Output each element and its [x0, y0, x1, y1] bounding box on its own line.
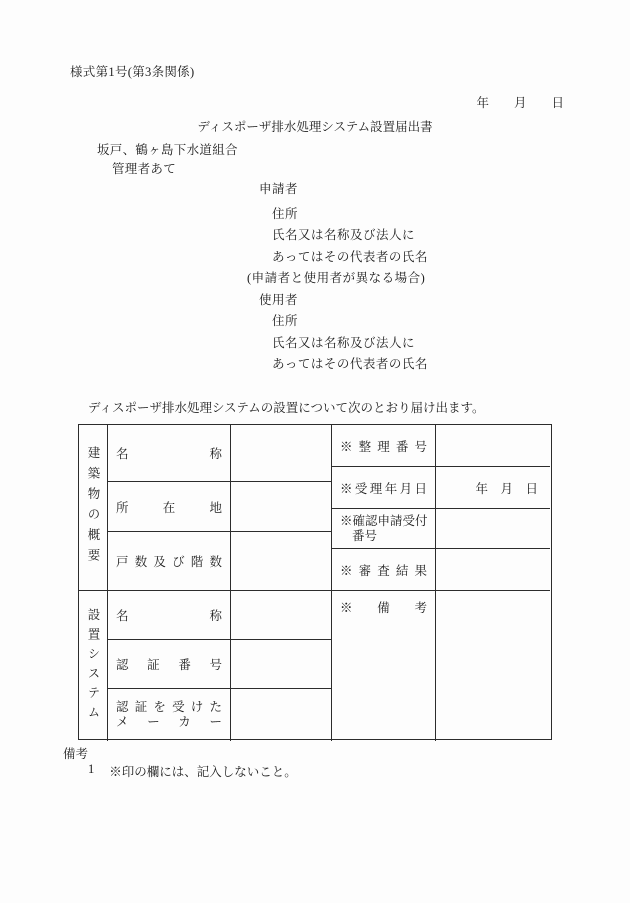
acceptance-date-label: ※受理年月日	[332, 467, 436, 509]
user-name-label-line1: 氏名又は名称及び法人に	[247, 333, 428, 355]
system-section-header: 設置システム	[79, 591, 108, 741]
units-and-floors-label: 戸数及び階数	[108, 532, 231, 591]
note-number: 1	[88, 762, 94, 780]
acceptance-date-value: 年 月 日	[436, 467, 550, 509]
reference-number-label: ※整理番号	[332, 425, 436, 467]
examination-result-label: ※審査結果	[332, 549, 436, 591]
remarks-value	[436, 591, 550, 741]
user-name-label-line2: あってはその代表者の氏名	[247, 354, 428, 376]
building-name-label: 名称	[108, 425, 231, 482]
addressee-organization: 坂戸、鶴ヶ島下水道組合	[97, 140, 238, 158]
declaration-sentence: ディスポーザ排水処理システムの設置について次のとおり届け出ます。	[88, 398, 485, 416]
building-location-label: 所在地	[108, 482, 231, 532]
note-text: ※印の欄には、記入しないこと。	[109, 762, 297, 780]
building-location-value	[231, 482, 332, 532]
user-address-label: 住所	[247, 311, 428, 333]
system-name-value	[231, 591, 332, 640]
document-title: ディスポーザ排水処理システム設置届出書	[0, 117, 630, 135]
different-user-note: (申請者と使用者が異なる場合)	[247, 268, 428, 290]
applicant-heading: 申請者	[247, 179, 428, 201]
addressee-role: 管理者あて	[112, 159, 176, 177]
notes-heading: 備考	[63, 744, 88, 762]
party-block: 申請者 住所 氏名又は名称及び法人に あってはその代表者の氏名 (申請者と使用者…	[247, 179, 428, 376]
user-heading: 使用者	[247, 290, 428, 312]
reference-number-value	[436, 425, 550, 467]
building-section-header: 建築物の概要	[79, 425, 108, 591]
applicant-address-label: 住所	[247, 204, 428, 226]
document-page: 様式第1号(第3条関係) 年 月 日 ディスポーザ排水処理システム設置届出書 坂…	[0, 0, 630, 903]
note-item-1: 1 ※印の欄には、記入しないこと。	[88, 762, 297, 780]
applicant-name-label-line1: 氏名又は名称及び法人に	[247, 225, 428, 247]
form-number: 様式第1号(第3条関係)	[70, 62, 194, 80]
applicant-name-label-line2: あってはその代表者の氏名	[247, 247, 428, 269]
table-right-half: ※整理番号 ※受理年月日 年 月 日 ※確認申請受付 番号 ※審査結果 ※備考	[332, 425, 550, 739]
table-left-half: 建築物の概要 名称 所在地 戸数及び階数 設置システム 名称 認証番	[79, 425, 332, 739]
certified-maker-label: 認証を受けた メーカー	[108, 689, 231, 741]
units-and-floors-value	[231, 532, 332, 591]
confirmation-application-number-label: ※確認申請受付 番号	[332, 509, 436, 549]
building-name-value	[231, 425, 332, 482]
remarks-label: ※備考	[332, 591, 436, 741]
confirmation-application-number-value	[436, 509, 550, 549]
certified-maker-value	[231, 689, 332, 741]
examination-result-value	[436, 549, 550, 591]
form-table: 建築物の概要 名称 所在地 戸数及び階数 設置システム 名称 認証番	[78, 424, 552, 740]
certification-number-value	[231, 640, 332, 689]
system-name-label: 名称	[108, 591, 231, 640]
date-line: 年 月 日	[476, 93, 564, 111]
certification-number-label: 認証番号	[108, 640, 231, 689]
